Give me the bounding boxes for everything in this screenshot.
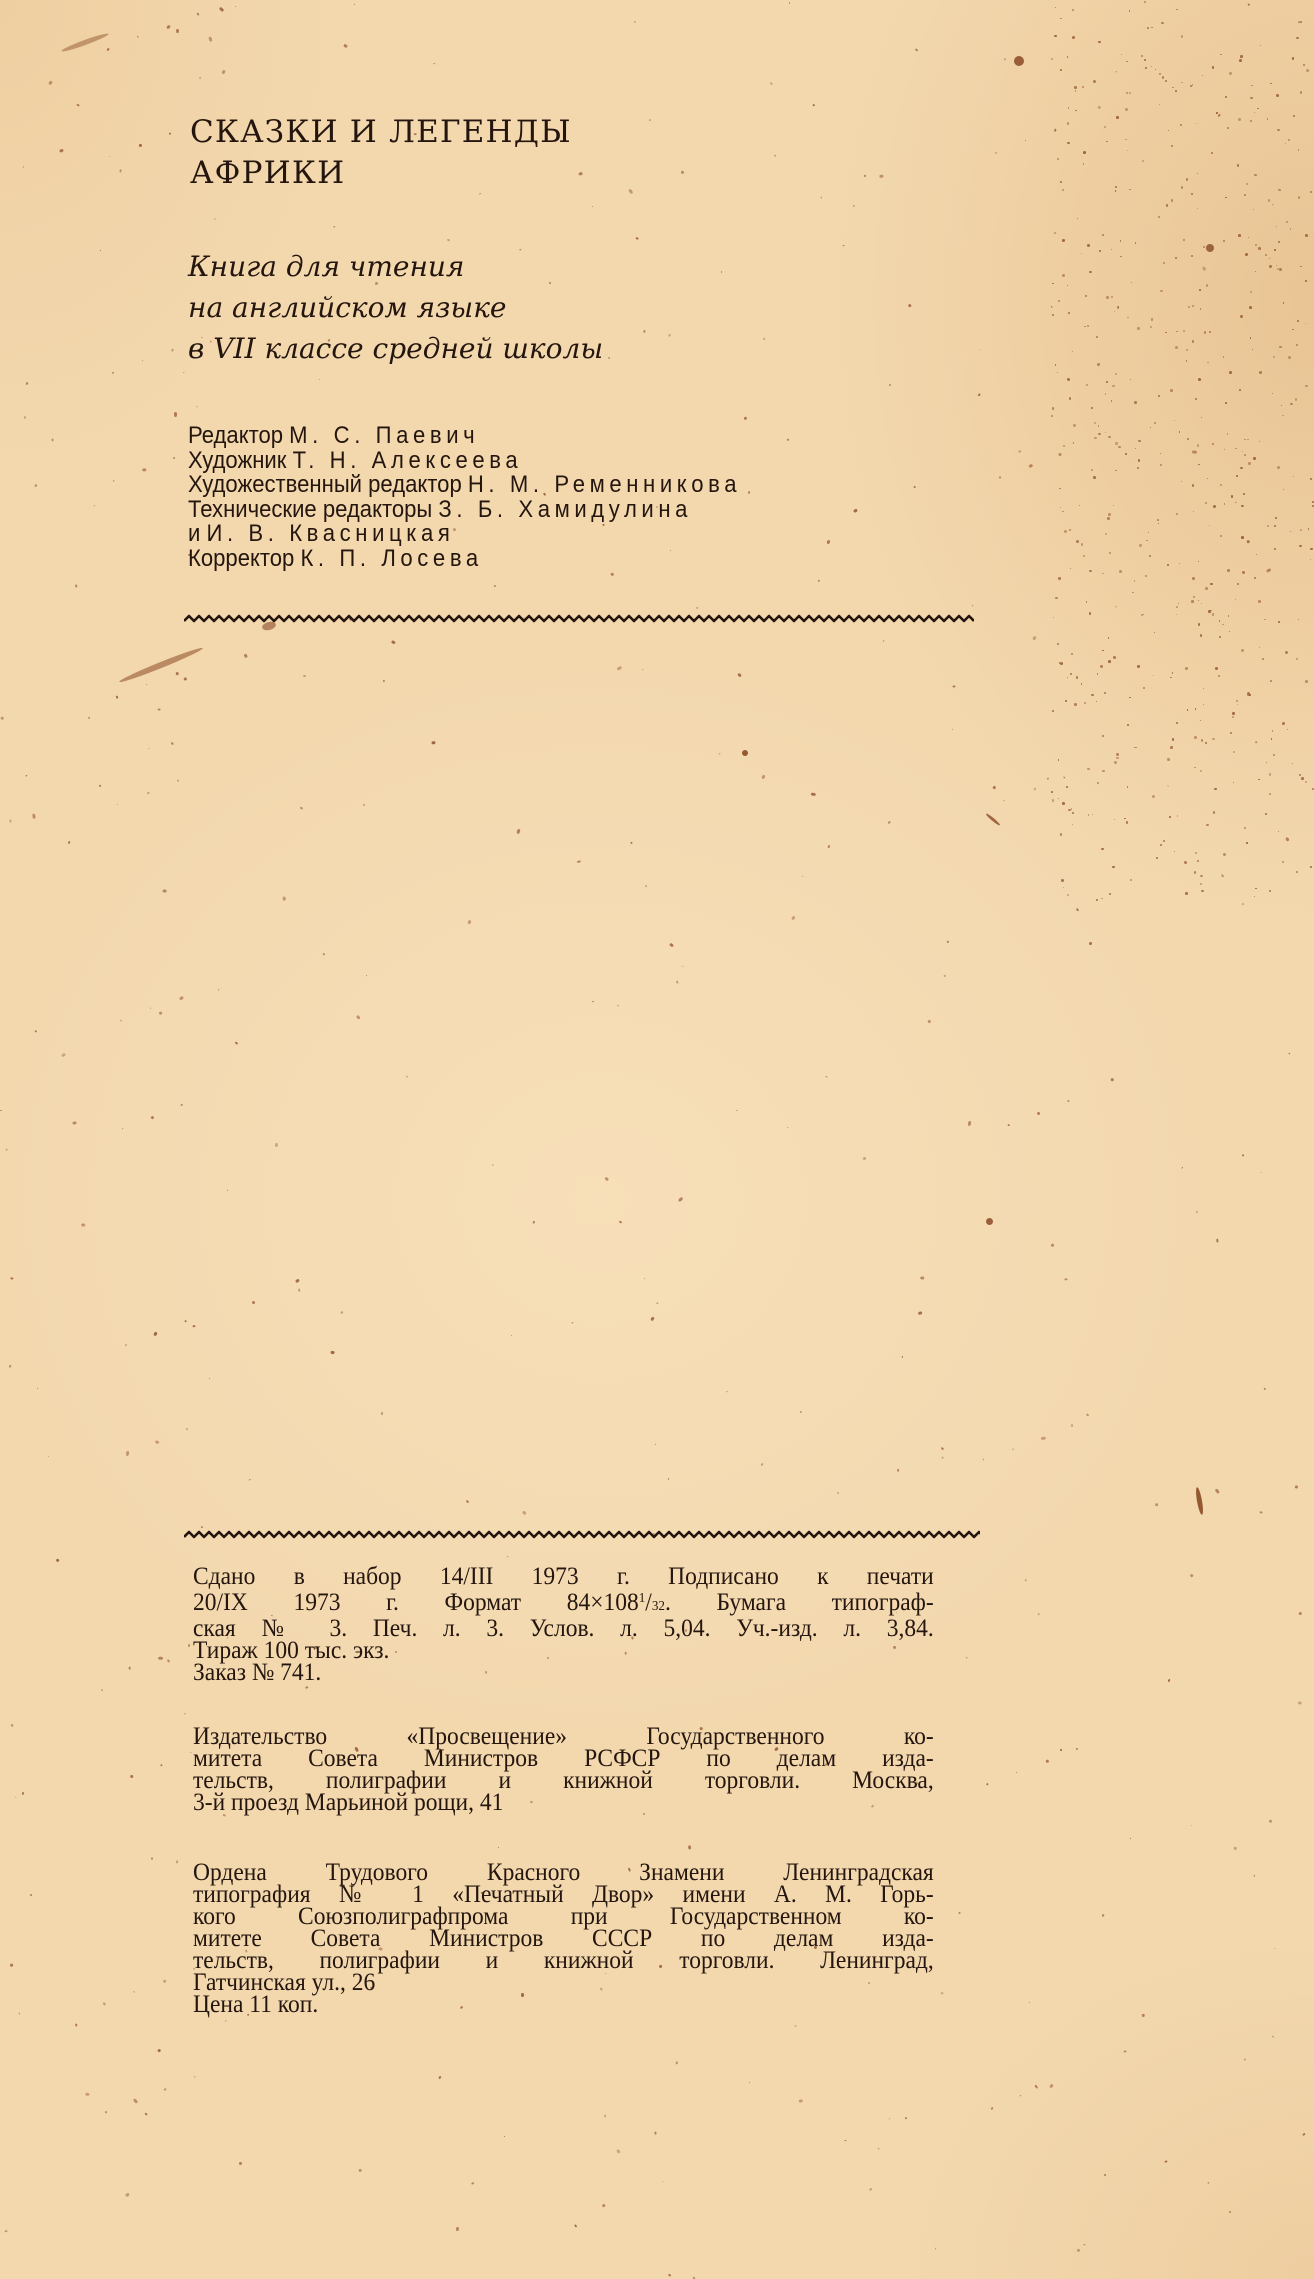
stain-speck [959,1912,961,1914]
stain-speck [1116,71,1118,73]
stain-speck [168,132,171,135]
stain-speck [1052,283,1053,284]
stain-speck [1209,331,1211,333]
stain-speck [1220,535,1222,537]
stain-speck [636,237,640,240]
stain-speck [1150,326,1152,328]
stain-speck [802,876,803,877]
stain-speck [1282,861,1284,863]
stain-speck [1283,302,1284,303]
stain-speck [1207,362,1209,364]
stain-speck [1159,73,1161,75]
stain-speck [1102,573,1104,575]
stain-speck [113,480,115,482]
stain-speck [749,2082,750,2083]
stain-speck [1250,291,1252,293]
stain-speck [1194,736,1197,739]
stain-speck [22,1791,25,1794]
stain-speck [129,1667,131,1670]
stain-speck [1007,1124,1009,1126]
stain-speck [1072,351,1074,353]
format-fraction-num: 1 [639,1591,646,1606]
stain-speck [1212,66,1215,69]
stain-speck [1058,798,1059,799]
stain-speck [1176,606,1178,608]
stain-speck [184,1320,187,1323]
format-fraction-den: 32 [652,1599,665,1614]
stain-speck [214,218,216,220]
stain-speck [93,505,95,507]
stain-speck [862,1157,866,1160]
stain-speck [147,792,150,795]
stain-speck [1237,164,1240,167]
stain-speck [1158,523,1159,524]
stain-speck [1163,262,1165,264]
stain-speck [1178,602,1179,603]
stain-speck [1057,372,1058,373]
stain-speck [1297,1701,1301,1705]
stain-speck [1269,265,1271,267]
stain-speck [748,491,751,495]
stain-speck [1248,462,1251,465]
stain-speck [1201,417,1202,418]
stain-speck [1236,700,1238,702]
stain-speck [1224,449,1225,450]
stain-speck [1137,467,1139,469]
stain-speck [1058,577,1061,580]
stain-speck [1192,305,1194,307]
stain-speck [1145,575,1147,577]
stain-speck [827,540,831,544]
stain-speck [1203,246,1205,248]
stain-speck [1193,511,1194,512]
stain-speck [1250,337,1251,338]
stain-speck [742,750,748,756]
stain-speck [298,1289,300,1292]
stain-speck [1272,730,1273,731]
stain-speck [363,803,365,805]
stain-speck [1062,239,1064,241]
stain-speck [1176,614,1178,616]
stain-speck [1235,502,1236,503]
stain-speck [1033,787,1037,791]
stain-speck [1305,69,1309,74]
credit-role: Художественный редактор [188,471,462,498]
stain-speck [455,2227,459,2231]
stain-speck [1130,1838,1131,1839]
stain-speck [1051,791,1053,793]
stain-speck [1232,716,1235,719]
stain-speck [1012,1447,1014,1450]
stain-speck [908,304,912,308]
stain-speck [1092,814,1093,815]
stain-speck [1070,673,1072,675]
stain-speck [1135,242,1136,243]
stain-speck [675,2061,677,2065]
stain-speck [1038,1613,1041,1616]
stain-speck [1249,306,1252,309]
stain-speck [243,653,248,658]
stain-speck [795,2025,797,2027]
stain-speck [1288,356,1291,359]
wavy-line-icon [184,612,974,626]
stain-speck [1269,773,1271,775]
stain-speck [121,1127,123,1129]
stain-speck [1232,712,1235,715]
stain-speck [1274,525,1276,527]
stain-speck [1303,64,1305,66]
stain-speck [1093,476,1096,479]
stain-speck [1171,145,1173,147]
stain-speck [1244,439,1245,440]
stain-speck [300,807,303,810]
stain-speck [1170,746,1172,748]
stain-speck [6,1149,8,1151]
stain-speck [1091,469,1094,472]
stain-speck [608,357,610,359]
stain-speck [1181,186,1183,188]
stain-speck [1300,21,1302,23]
stain-speck [1151,66,1152,67]
stain-speck [879,174,883,177]
stain-speck [649,118,651,120]
stain-speck [1176,9,1178,11]
stain-speck [356,1015,361,1020]
stain-speck [736,1110,738,1111]
stain-speck [1239,59,1242,62]
stain-speck [979,349,981,351]
stain-speck [1124,818,1126,820]
stain-speck [820,196,822,198]
stain-speck [1123,2050,1126,2052]
stain-speck [1185,667,1188,670]
stain-speck [1236,475,1238,477]
stain-speck [1278,621,1280,623]
wavy-line-icon [184,1528,980,1542]
stain-speck [1134,580,1136,582]
stain-speck [1081,683,1082,684]
stain-speck [10,1964,13,1968]
stain-speck [158,1656,163,1660]
stain-speck [1269,258,1271,260]
stain-speck [1176,722,1178,724]
stain-speck [1176,331,1178,333]
stain-speck [1165,2161,1168,2164]
stain-speck [183,372,185,374]
stain-speck [1018,450,1021,452]
publisher-line-4: 3-й проезд Марьиной рощи, 41 [193,1792,934,1814]
stain-speck [1111,296,1114,299]
stain-speck [1131,282,1132,283]
stain-speck [154,1331,159,1336]
stain-speck [1303,2132,1307,2135]
stain-speck [1267,525,1269,527]
stain-speck [1151,27,1152,28]
stain-speck [1224,503,1225,504]
stain-speck [0,717,3,720]
stain-speck [1102,234,1104,236]
stain-speck [1062,274,1065,277]
stain-speck [157,2048,161,2052]
stain-speck [619,1220,622,1223]
stain-speck [517,828,522,833]
stain-speck [1169,816,1171,818]
stain-speck [1116,753,1119,756]
credit-editor: Редактор М. С. Паевич [188,424,741,449]
stain-speck [1279,268,1282,271]
stain-speck [188,1644,191,1648]
stain-speck [1160,453,1161,454]
stain-speck [972,605,974,607]
stain-speck [1104,126,1106,128]
stain-speck [171,348,174,351]
stain-speck [1264,619,1266,621]
stain-speck [837,1492,839,1494]
stain-speck [1240,467,1243,470]
stain-speck [319,379,320,380]
stain-speck [1257,108,1259,110]
stain-speck [150,1008,151,1009]
stain-speck [1237,583,1239,585]
stain-speck [146,684,148,685]
stain-speck [177,780,179,782]
stain-speck [1270,83,1271,84]
stain-speck [1258,600,1261,603]
stain-speck [799,2099,804,2103]
stain-speck [406,1076,408,1078]
stain-speck [1060,507,1061,508]
stain-speck [1278,189,1282,192]
stain-speck [1183,330,1185,332]
stain-speck [170,741,174,745]
stain-speck [227,1190,228,1191]
stain-speck [946,940,949,943]
stain-speck [791,915,796,920]
stain-speck [1105,432,1106,433]
stain-speck [1196,123,1197,124]
stain-speck [1254,174,1256,176]
stain-speck [845,2140,847,2142]
stain-speck [1213,811,1216,814]
stain-speck [1037,1112,1041,1116]
stain-speck [47,1456,49,1458]
stain-speck [1187,438,1189,440]
stain-speck [1162,76,1165,79]
stain-speck [1161,22,1163,24]
stain-speck [763,337,766,339]
stain-speck [25,775,27,777]
stain-speck [662,2180,664,2182]
stain-speck [1241,649,1244,652]
stain-speck [1181,1167,1183,1170]
stain-speck [162,1979,166,1983]
stain-speck [23,166,25,168]
stain-speck [56,1558,60,1563]
stain-speck [1240,55,1242,57]
stain-speck [1233,751,1235,753]
stain-speck [1142,2014,1145,2017]
stain-speck [1273,754,1275,756]
stain-speck [1134,401,1137,404]
stain-speck [1054,35,1057,38]
stain-speck [1242,1154,1244,1156]
stain-speck [0,1110,2,1112]
stain-speck [1028,464,1033,469]
stain-speck [721,271,723,273]
stain-speck [1191,255,1193,257]
stain-speck [1072,36,1075,39]
stain-speck [209,1378,210,1379]
stain-speck [1237,704,1238,705]
stain-speck [1277,129,1280,132]
stain-speck [1055,128,1057,131]
stain-speck [1174,851,1175,852]
stain-speck [130,1775,134,1779]
stain-speck [1255,271,1257,273]
stain-speck [1060,181,1062,183]
stain-speck [1057,643,1059,645]
stain-speck [1167,785,1169,787]
stain-speck [604,2115,606,2118]
stain-speck [718,753,720,755]
stain-speck [1109,552,1111,554]
stain-speck [1136,747,1137,748]
stain-speck [1067,142,1069,144]
stain-speck [1096,336,1098,338]
stain-speck [1296,658,1298,660]
stain-speck [1247,540,1250,543]
stain-speck [574,2224,578,2228]
stain-speck [1241,536,1244,539]
stain-speck [1293,476,1294,477]
stain-speck [617,665,623,670]
stain-speck [1041,1436,1046,1440]
stain-speck [1108,513,1111,516]
stain-speck [1045,1759,1049,1763]
stain-speck [1150,427,1152,429]
stain-speck [366,975,367,976]
stain-speck [1060,18,1061,19]
stain-speck [1225,402,1227,404]
stain-speck [1083,555,1085,557]
stain-speck [1274,548,1276,550]
stain-speck [1076,1748,1078,1751]
stain-speck [1242,571,1244,573]
stain-speck [504,2136,505,2137]
stain-speck [1068,312,1070,314]
order-number: Заказ № 741. [193,1662,934,1684]
stain-speck [1277,466,1280,469]
stain-speck [157,708,160,710]
stain-speck [1179,563,1180,564]
stain-speck [1223,853,1226,856]
stain-speck [1290,403,1293,406]
credit-role: Художник [188,447,286,474]
stain-speck [1034,2084,1038,2088]
stain-speck [176,1860,178,1863]
stain-speck [137,36,139,38]
stain-speck [239,2161,243,2165]
stain-speck [1060,1749,1062,1751]
stain-speck [1180,124,1181,125]
stain-speck [1116,116,1119,119]
subtitle-line-2: на английском языке [188,287,603,328]
stain-speck [1198,378,1201,381]
stain-speck [1051,58,1053,60]
stain-speck [1139,544,1142,547]
stain-speck [1201,603,1202,604]
stain-speck [1197,208,1199,210]
stain-speck [1062,511,1064,513]
stain-speck [1153,675,1154,676]
stain-speck [921,1277,925,1280]
credit-artist: Художник Т. Н. Алексеева [188,449,741,474]
stain-speck [1138,459,1141,462]
stain-speck [124,1343,126,1345]
stain-speck [986,1218,993,1225]
stain-speck [1089,570,1092,573]
stain-speck [1126,61,1127,62]
stain-speck [72,1121,76,1125]
stain-speck [1111,1078,1115,1081]
stain-speck [1064,530,1067,533]
stain-speck [343,43,348,48]
stain-speck [1292,329,1293,330]
stain-speck [252,1301,256,1305]
stain-speck [1285,143,1286,144]
stain-speck [1067,1100,1070,1103]
stain-speck [1163,840,1165,842]
stain-speck [1208,2182,1210,2184]
stain-speck [1109,893,1111,895]
stain-speck [1187,709,1189,711]
stain-speck [1197,444,1199,446]
stain-speck [1194,767,1195,768]
credit-tech-editor-2: и И. В. Квасницкая [188,522,741,547]
stain-speck [1241,505,1243,507]
stain-speck [1068,107,1070,109]
stain-speck [1114,819,1115,820]
stain-speck [1063,887,1064,888]
credit-name: Т. Н. Алексеева [293,447,523,474]
stain-speck [18,2012,20,2015]
stain-speck [36,1388,38,1390]
stain-speck [676,981,679,984]
stain-speck [224,2020,227,2022]
stain-speck [1228,615,1229,616]
stain-speck [1272,2036,1274,2038]
stain-speck [181,1104,183,1106]
stain-speck [1147,27,1149,29]
stain-speck [1089,612,1092,615]
stain-speck [1200,720,1201,721]
credit-name: З. Б. Хамидулина [438,496,692,523]
stain-speck [1261,1172,1262,1173]
stain-speck [934,2247,936,2250]
stain-speck [1057,158,1059,160]
stain-speck [1113,656,1116,659]
stain-speck [1125,108,1128,111]
stain-speck [1223,356,1225,358]
stain-speck [1137,665,1140,668]
stain-speck [978,393,981,396]
stain-speck [1032,636,1037,641]
stain-speck [468,920,472,925]
stain-speck [1051,415,1053,417]
stain-speck [1312,788,1314,790]
stain-speck [1296,37,1298,39]
stain-speck [668,1478,670,1480]
